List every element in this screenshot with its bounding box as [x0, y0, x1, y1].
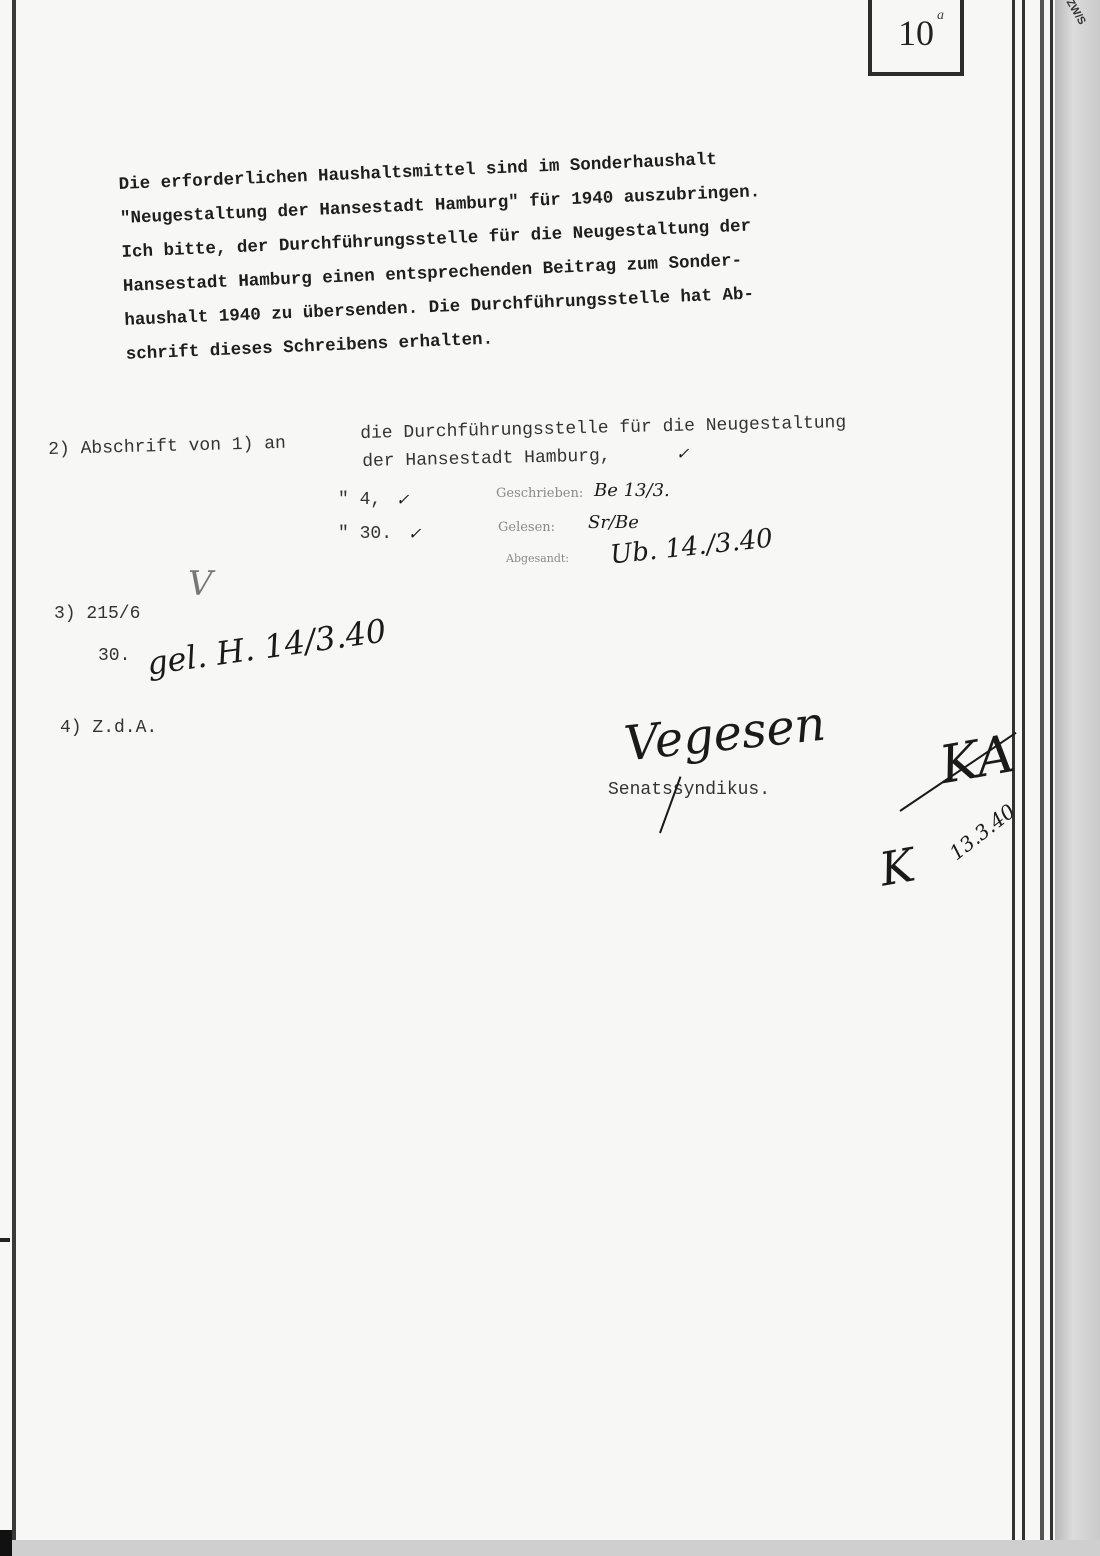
edge-mark — [0, 1530, 12, 1556]
check-mark: ✓ — [408, 524, 421, 543]
item3-handwritten: gel. H. 14/3.40 — [145, 611, 389, 682]
stamp-gelesen-value: Sr/Be — [588, 512, 639, 533]
stamp-geschrieben-value: Be 13/3. — [594, 480, 670, 501]
stamp-abgesandt-label: Abgesandt: — [506, 552, 569, 565]
check-mark: ✓ — [676, 444, 689, 463]
left-page-edge — [12, 0, 16, 1540]
binding-rule — [1022, 0, 1025, 1540]
signature: Vegesen — [622, 696, 828, 773]
binding-rule — [1050, 0, 1053, 1540]
edge-mark — [0, 1238, 10, 1242]
binding-strip — [1055, 0, 1100, 1540]
initials: KA — [935, 724, 1019, 796]
stamp-geschrieben-label: Geschrieben: — [496, 486, 583, 501]
copy-line-4: " 4, — [338, 490, 381, 510]
document-page: ZW/S 10 a Die erforderlichen Haushaltsmi… — [0, 0, 1068, 1540]
item2-label: 2) Abschrift von 1) an — [48, 434, 286, 460]
folio-suffix: a — [937, 8, 944, 24]
copy-line-30: " 30. — [338, 524, 392, 544]
initials-mark: K — [876, 837, 919, 896]
folio-number: 10 — [898, 12, 934, 54]
item4-label: 4) Z.d.A. — [60, 718, 157, 738]
item2-recipient-line1: die Durchführungsstelle für die Neugesta… — [360, 413, 846, 444]
binding-rule — [1040, 0, 1044, 1540]
pencil-mark: V — [188, 564, 213, 604]
item3-sub: 30. — [98, 646, 130, 666]
signature-title: Senatssyndikus. — [608, 780, 770, 800]
main-paragraph: Die erforderlichen Haushaltsmittel sind … — [118, 133, 966, 372]
check-mark: ✓ — [396, 490, 409, 509]
stamp-gelesen-label: Gelesen: — [498, 520, 555, 535]
item2-recipient-line2: der Hansestadt Hamburg, — [362, 446, 611, 472]
initials-date: 13.3.40 — [945, 799, 1020, 865]
item3-label: 3) 215/6 — [54, 604, 140, 624]
